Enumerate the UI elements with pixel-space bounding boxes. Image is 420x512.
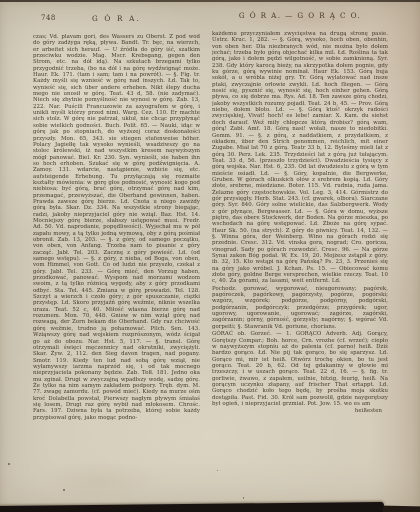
paragraph: każdemu przyczyniałem zwycięstwa na drug… [212,31,388,285]
paragraph-derivatives: Pochodz. gorować, wygorować, nieugorowan… [212,286,388,330]
paragraph-goraco-entry: GÓRAĆ ob. Gorzeć. — 1. GORĄCO Adverb. Ad… [212,331,388,407]
scanned-page: 748 G Ó R A. G Ó R A. — G O R Ą C O. cza… [0,0,420,512]
text-column-left: czas; Vd. plavam gori, des Wassers zu Ob… [33,34,200,478]
paragraph: czas; Vd. plavam gori, des Wassers zu Ob… [33,34,200,421]
catchword: heißesten [212,408,388,414]
speck [8,463,10,465]
running-head-right: G Ó R A. — G O R Ą C O. [205,11,395,20]
speck [217,470,218,471]
speck [63,489,65,491]
scan-edge-bottom-right [383,506,420,512]
speck [243,497,244,499]
scan-edge-top [0,0,420,2]
running-head-left: G Ó R A. [33,14,200,23]
text-column-right: każdemu przyczyniałem zwycięstwa na drug… [212,31,388,481]
scan-edge-bottom [0,502,384,512]
